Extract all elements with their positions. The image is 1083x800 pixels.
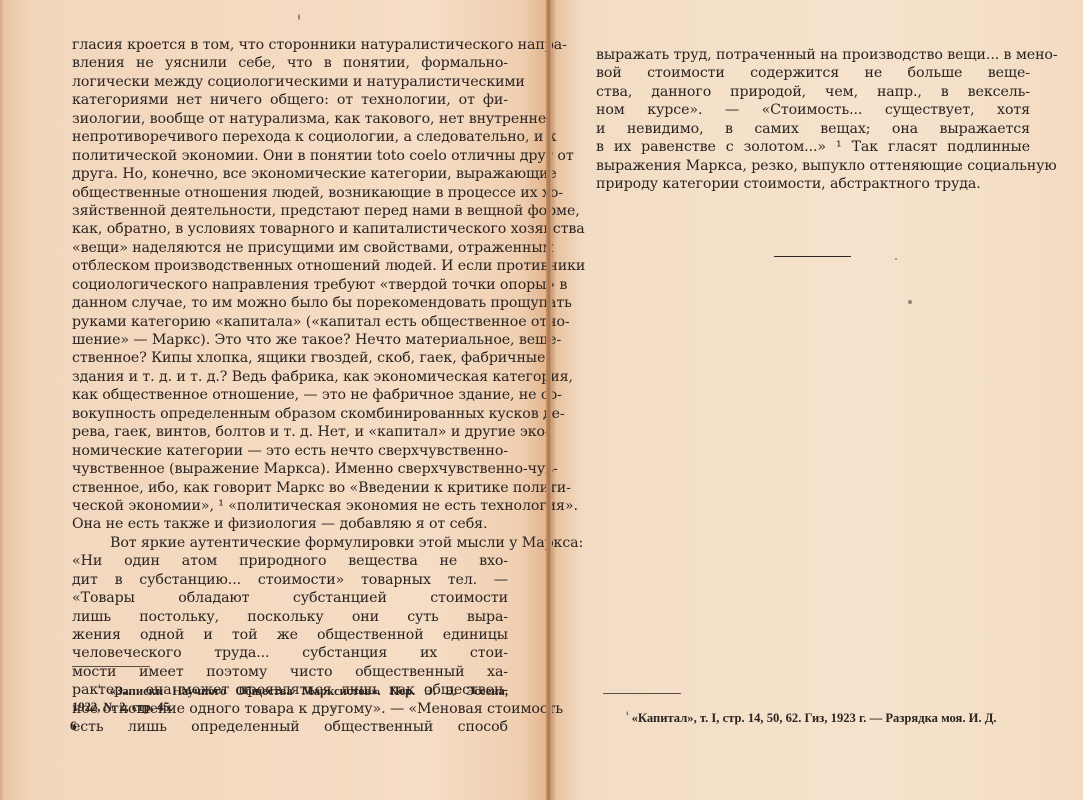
text-line: человеческого труда... субстанция их сто… bbox=[72, 644, 508, 662]
text-line: общественные отношения людей, возникающи… bbox=[72, 184, 508, 202]
text-line: непротиворечивого перехода к социологии,… bbox=[72, 128, 508, 146]
footnote-marker: ¹ bbox=[98, 683, 100, 692]
text-line: есть лишь определенный общественный спос… bbox=[72, 718, 508, 736]
footnote-text: 1922, № 2, стр. 45. bbox=[72, 699, 508, 715]
text-line: категориями нет ничего общего: от технол… bbox=[72, 91, 508, 109]
left-page-body: гласия кроется в том, что сторонники нат… bbox=[72, 36, 508, 737]
text-line: вой стоимости содержится не больше веще- bbox=[596, 64, 1030, 82]
text-line: данном случае, то им можно было бы порек… bbox=[72, 294, 508, 312]
text-line: друга. Но, конечно, все экономические ка… bbox=[72, 165, 508, 183]
text-line: как общественное отношение, — это не фаб… bbox=[72, 386, 508, 404]
text-line: руками категорию «капитала» («капитал ес… bbox=[72, 313, 508, 331]
text-line: чувственное (выражение Маркса). Именно с… bbox=[72, 460, 508, 478]
paper-speck bbox=[333, 707, 335, 710]
footnote-divider bbox=[603, 693, 681, 694]
text-line: логически между социологическими и натур… bbox=[72, 73, 508, 91]
text-line: «Товары обладают субстанцией стоимости bbox=[72, 589, 508, 607]
text-line: и невидимо, в самих вещах; она выражаетс… bbox=[596, 120, 1030, 138]
paragraph-start: Вот яркие аутентические формулировки это… bbox=[72, 534, 508, 552]
text-line: ном курсе». — «Стоимость... существует, … bbox=[596, 101, 1030, 119]
page-number: 6 bbox=[70, 718, 77, 734]
text-line: социологического направления требуют «тв… bbox=[72, 276, 508, 294]
text-line: «вещи» наделяются не присущими им свойст… bbox=[72, 239, 508, 257]
left-page: гласия кроется в том, что сторонники нат… bbox=[0, 0, 548, 800]
text-line: отблеском производственных отношений люд… bbox=[72, 257, 508, 275]
text-line: шение» — Маркс). Это что же такое? Нечто… bbox=[72, 331, 508, 349]
footnote-marker: ¹ bbox=[626, 710, 628, 719]
text-line: выражать труд, потраченный на производст… bbox=[596, 46, 1030, 64]
text-line: гласия кроется в том, что сторонники нат… bbox=[72, 36, 508, 54]
footnote-text: «Капитал», т. I, стр. 14, 50, 62. Гиз, 1… bbox=[632, 711, 997, 725]
text-line: ческой экономии», ¹ «политическая эконом… bbox=[72, 497, 508, 515]
right-footnote: ¹ «Капитал», т. I, стр. 14, 50, 62. Гиз,… bbox=[626, 707, 997, 726]
text-line: вления не уяснили себе, что в понятии, ф… bbox=[72, 54, 508, 72]
right-page: выражать труд, потраченный на производст… bbox=[552, 0, 1083, 800]
text-line: зиологии, вообще от натурализма, как так… bbox=[72, 110, 508, 128]
text-line: дит в субстанцию... стоимости» товарных … bbox=[72, 571, 508, 589]
text-line: здания и т. д. и т. д.? Ведь фабрика, ка… bbox=[72, 368, 508, 386]
text-line: лишь постольку, поскольку они суть выра- bbox=[72, 608, 508, 626]
text-line: выражения Маркса, резко, выпукло оттеняю… bbox=[596, 157, 1030, 175]
text-line: политической экономии. Они в понятии tot… bbox=[72, 147, 508, 165]
left-footnote: ¹ «Записки Научного Общества Марксистов»… bbox=[72, 680, 508, 715]
text-line: вокупность определенным образом скомбини… bbox=[72, 405, 508, 423]
text-line: ственное? Кипы хлопка, ящики гвоздей, ск… bbox=[72, 349, 508, 367]
section-end-rule bbox=[774, 256, 851, 257]
right-page-body: выражать труд, потраченный на производст… bbox=[596, 46, 1030, 194]
text-line: ства, данного природой, чем, напр., в ве… bbox=[596, 83, 1030, 101]
text-line: природу категории стоимости, абстрактног… bbox=[596, 175, 1030, 193]
text-line: в их равенстве с золотом...» ¹ Так глася… bbox=[596, 138, 1030, 156]
text-line: рева, гаек, винтов, болтов и т. д. Нет, … bbox=[72, 423, 508, 441]
footnote-text: «Записки Научного Общества Марксистов». … bbox=[109, 684, 508, 698]
text-line: номические категории — это есть нечто св… bbox=[72, 442, 508, 460]
footnote-divider bbox=[72, 666, 150, 667]
paper-speck bbox=[895, 258, 897, 260]
text-line: зяйственной деятельности, предстают пере… bbox=[72, 202, 508, 220]
text-line: «Ни один атом природного вещества не вхо… bbox=[72, 552, 508, 570]
text-line: жения одной и той же общественной единиц… bbox=[72, 626, 508, 644]
paper-speck bbox=[298, 14, 300, 20]
text-line: как, обратно, в условиях товарного и кап… bbox=[72, 220, 508, 238]
paper-speck bbox=[908, 300, 912, 304]
book-spread: гласия кроется в том, что сторонники нат… bbox=[0, 0, 1083, 800]
text-line: Она не есть также и физиология — добавля… bbox=[72, 515, 508, 533]
text-line: ственное, ибо, как говорит Маркс во «Вве… bbox=[72, 479, 508, 497]
